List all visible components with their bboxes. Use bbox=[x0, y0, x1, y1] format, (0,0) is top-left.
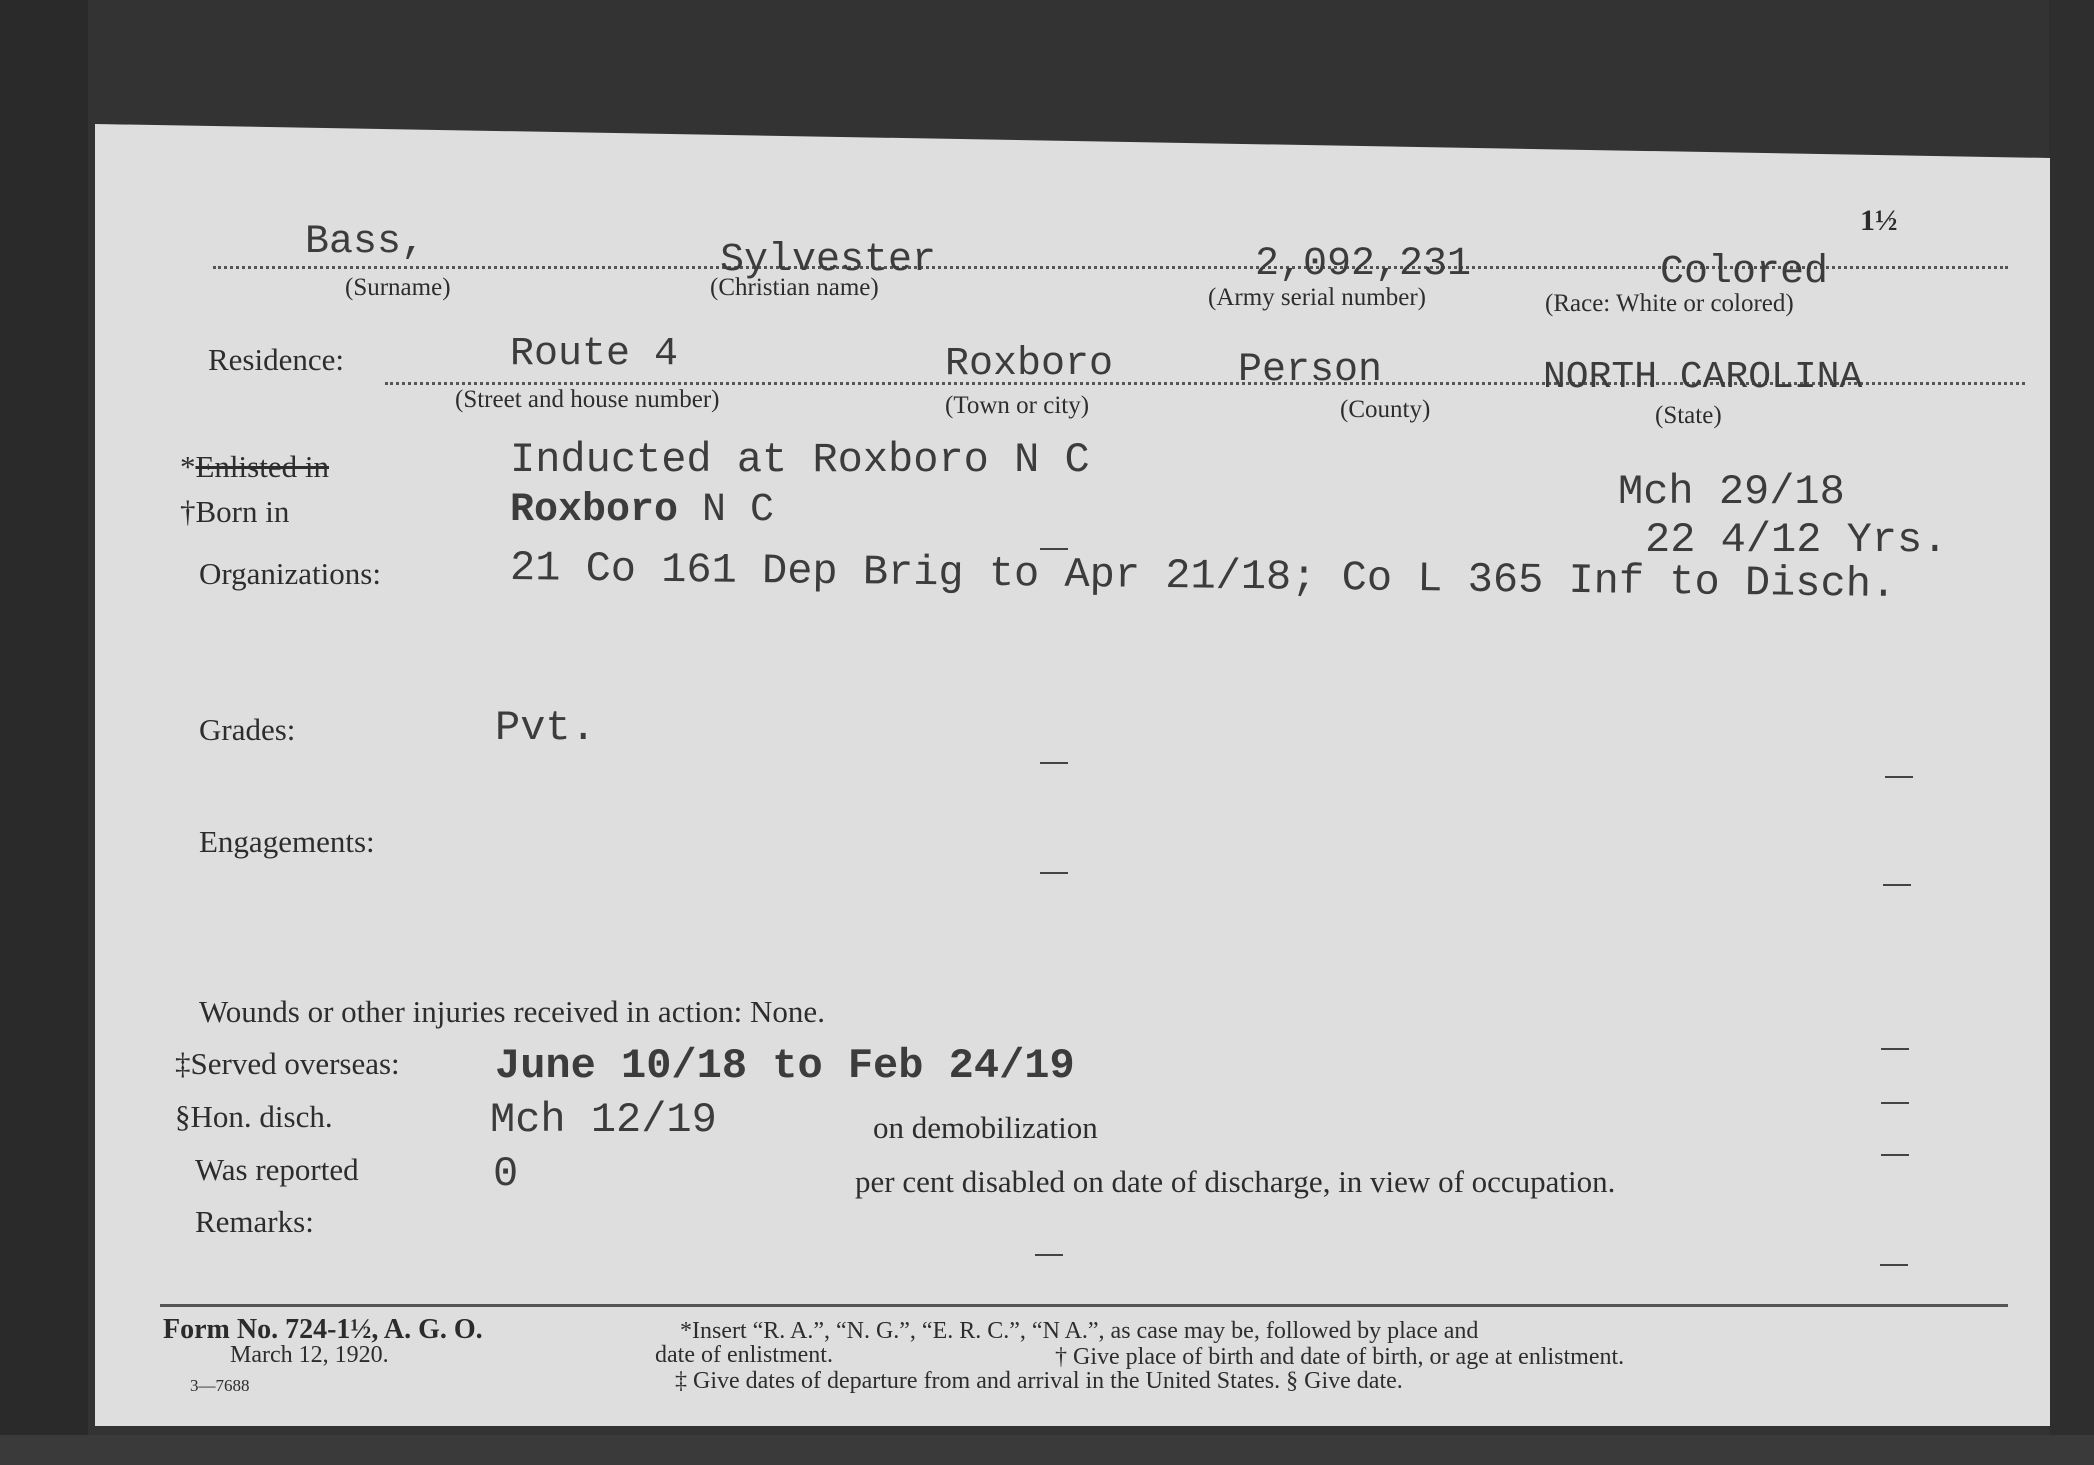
footer-rule bbox=[160, 1304, 2008, 1307]
footnote-2: † Give place of birth and date of birth,… bbox=[1055, 1344, 1624, 1371]
born-town: Roxboro bbox=[510, 488, 678, 533]
race-label: (Race: White or colored) bbox=[1545, 290, 1794, 318]
town-value: Roxboro bbox=[945, 342, 1113, 387]
dash-mark bbox=[1040, 762, 1068, 764]
street-value: Route 4 bbox=[510, 332, 678, 377]
footnote-1b: date of enlistment. bbox=[655, 1342, 833, 1369]
remarks-label: Remarks: bbox=[195, 1204, 314, 1240]
organizations-label: Organizations: bbox=[199, 556, 381, 592]
scan-border-right bbox=[2049, 0, 2094, 1465]
town-label: (Town or city) bbox=[945, 392, 1089, 420]
scan-border-left bbox=[0, 0, 88, 1465]
surname-label: (Surname) bbox=[345, 274, 451, 302]
wounds-row: Wounds or other injuries received in act… bbox=[199, 994, 825, 1030]
state-value: NORTH CAROLINA bbox=[1543, 356, 1862, 399]
footnote-3: ‡ Give dates of departure from and arriv… bbox=[675, 1368, 1403, 1395]
dash-mark bbox=[1040, 872, 1068, 874]
born-state: N C bbox=[702, 488, 774, 533]
engagements-label: Engagements: bbox=[199, 824, 375, 860]
serial-number-value: 2,092,231 bbox=[1255, 242, 1471, 287]
grades-value: Pvt. bbox=[495, 704, 596, 752]
dash-mark bbox=[1880, 1264, 1908, 1266]
dash-mark bbox=[1881, 1048, 1909, 1050]
form-date: March 12, 1920. bbox=[230, 1342, 389, 1369]
served-overseas-label: Served overseas: bbox=[191, 1046, 400, 1081]
corner-mark: 1½ bbox=[1860, 204, 1898, 238]
hon-disch-label-row: §Hon. disch. bbox=[175, 1099, 333, 1135]
wounds-label: Wounds or other injuries received in act… bbox=[199, 994, 742, 1029]
christian-name-label: (Christian name) bbox=[710, 274, 879, 302]
serial-number-label: (Army serial number) bbox=[1208, 284, 1426, 312]
born-marker: † bbox=[180, 494, 196, 529]
county-label: (County) bbox=[1340, 396, 1430, 424]
enlisted-marker: * bbox=[180, 449, 196, 484]
wounds-value: None. bbox=[750, 994, 825, 1029]
born-age: 22 4/12 Yrs. bbox=[1645, 516, 1947, 564]
dash-mark bbox=[1885, 776, 1913, 778]
enlisted-value: Inducted at Roxboro N C bbox=[510, 436, 1090, 484]
hon-disch-label: Hon. disch. bbox=[191, 1099, 333, 1134]
born-label: Born in bbox=[196, 494, 290, 529]
dash-mark bbox=[1040, 548, 1068, 550]
street-label: (Street and house number) bbox=[455, 386, 720, 414]
race-value: Colored bbox=[1660, 250, 1828, 295]
grades-label: Grades: bbox=[199, 712, 295, 748]
born-label-row: †Born in bbox=[180, 494, 289, 530]
surname-value: Bass, bbox=[305, 220, 425, 265]
enlisted-date: Mch 29/18 bbox=[1618, 468, 1845, 516]
hon-disch-suffix: on demobilization bbox=[873, 1110, 1098, 1146]
scan-border-bottom bbox=[0, 1435, 2094, 1465]
footnote-1a: *Insert “R. A.”, “N. G.”, “E. R. C.”, “N… bbox=[680, 1318, 1478, 1345]
served-overseas-label-row: ‡Served overseas: bbox=[175, 1046, 400, 1082]
was-reported-label: Was reported bbox=[195, 1152, 359, 1188]
served-overseas-value: June 10/18 to Feb 24/19 bbox=[495, 1042, 1075, 1090]
hon-disch-value: Mch 12/19 bbox=[490, 1096, 717, 1144]
state-label: (State) bbox=[1655, 402, 1722, 430]
print-code: 3—7688 bbox=[190, 1376, 250, 1396]
was-reported-suffix: per cent disabled on date of discharge, … bbox=[855, 1164, 1615, 1200]
enlisted-label: Enlisted in bbox=[196, 449, 329, 484]
dash-mark bbox=[1881, 1154, 1909, 1156]
enlisted-label-row: *Enlisted in bbox=[180, 449, 329, 485]
service-record-card: 1½ Bass, (Surname) Sylvester (Christian … bbox=[95, 124, 2050, 1426]
born-place: Roxboro N C bbox=[510, 488, 774, 533]
dash-mark bbox=[1881, 1102, 1909, 1104]
dash-mark bbox=[1883, 884, 1911, 886]
dash-mark bbox=[1035, 1254, 1063, 1256]
hon-disch-marker: § bbox=[175, 1099, 191, 1134]
served-overseas-marker: ‡ bbox=[175, 1046, 191, 1081]
was-reported-value: 0 bbox=[493, 1150, 518, 1198]
county-value: Person bbox=[1238, 348, 1382, 393]
residence-label: Residence: bbox=[208, 342, 344, 378]
